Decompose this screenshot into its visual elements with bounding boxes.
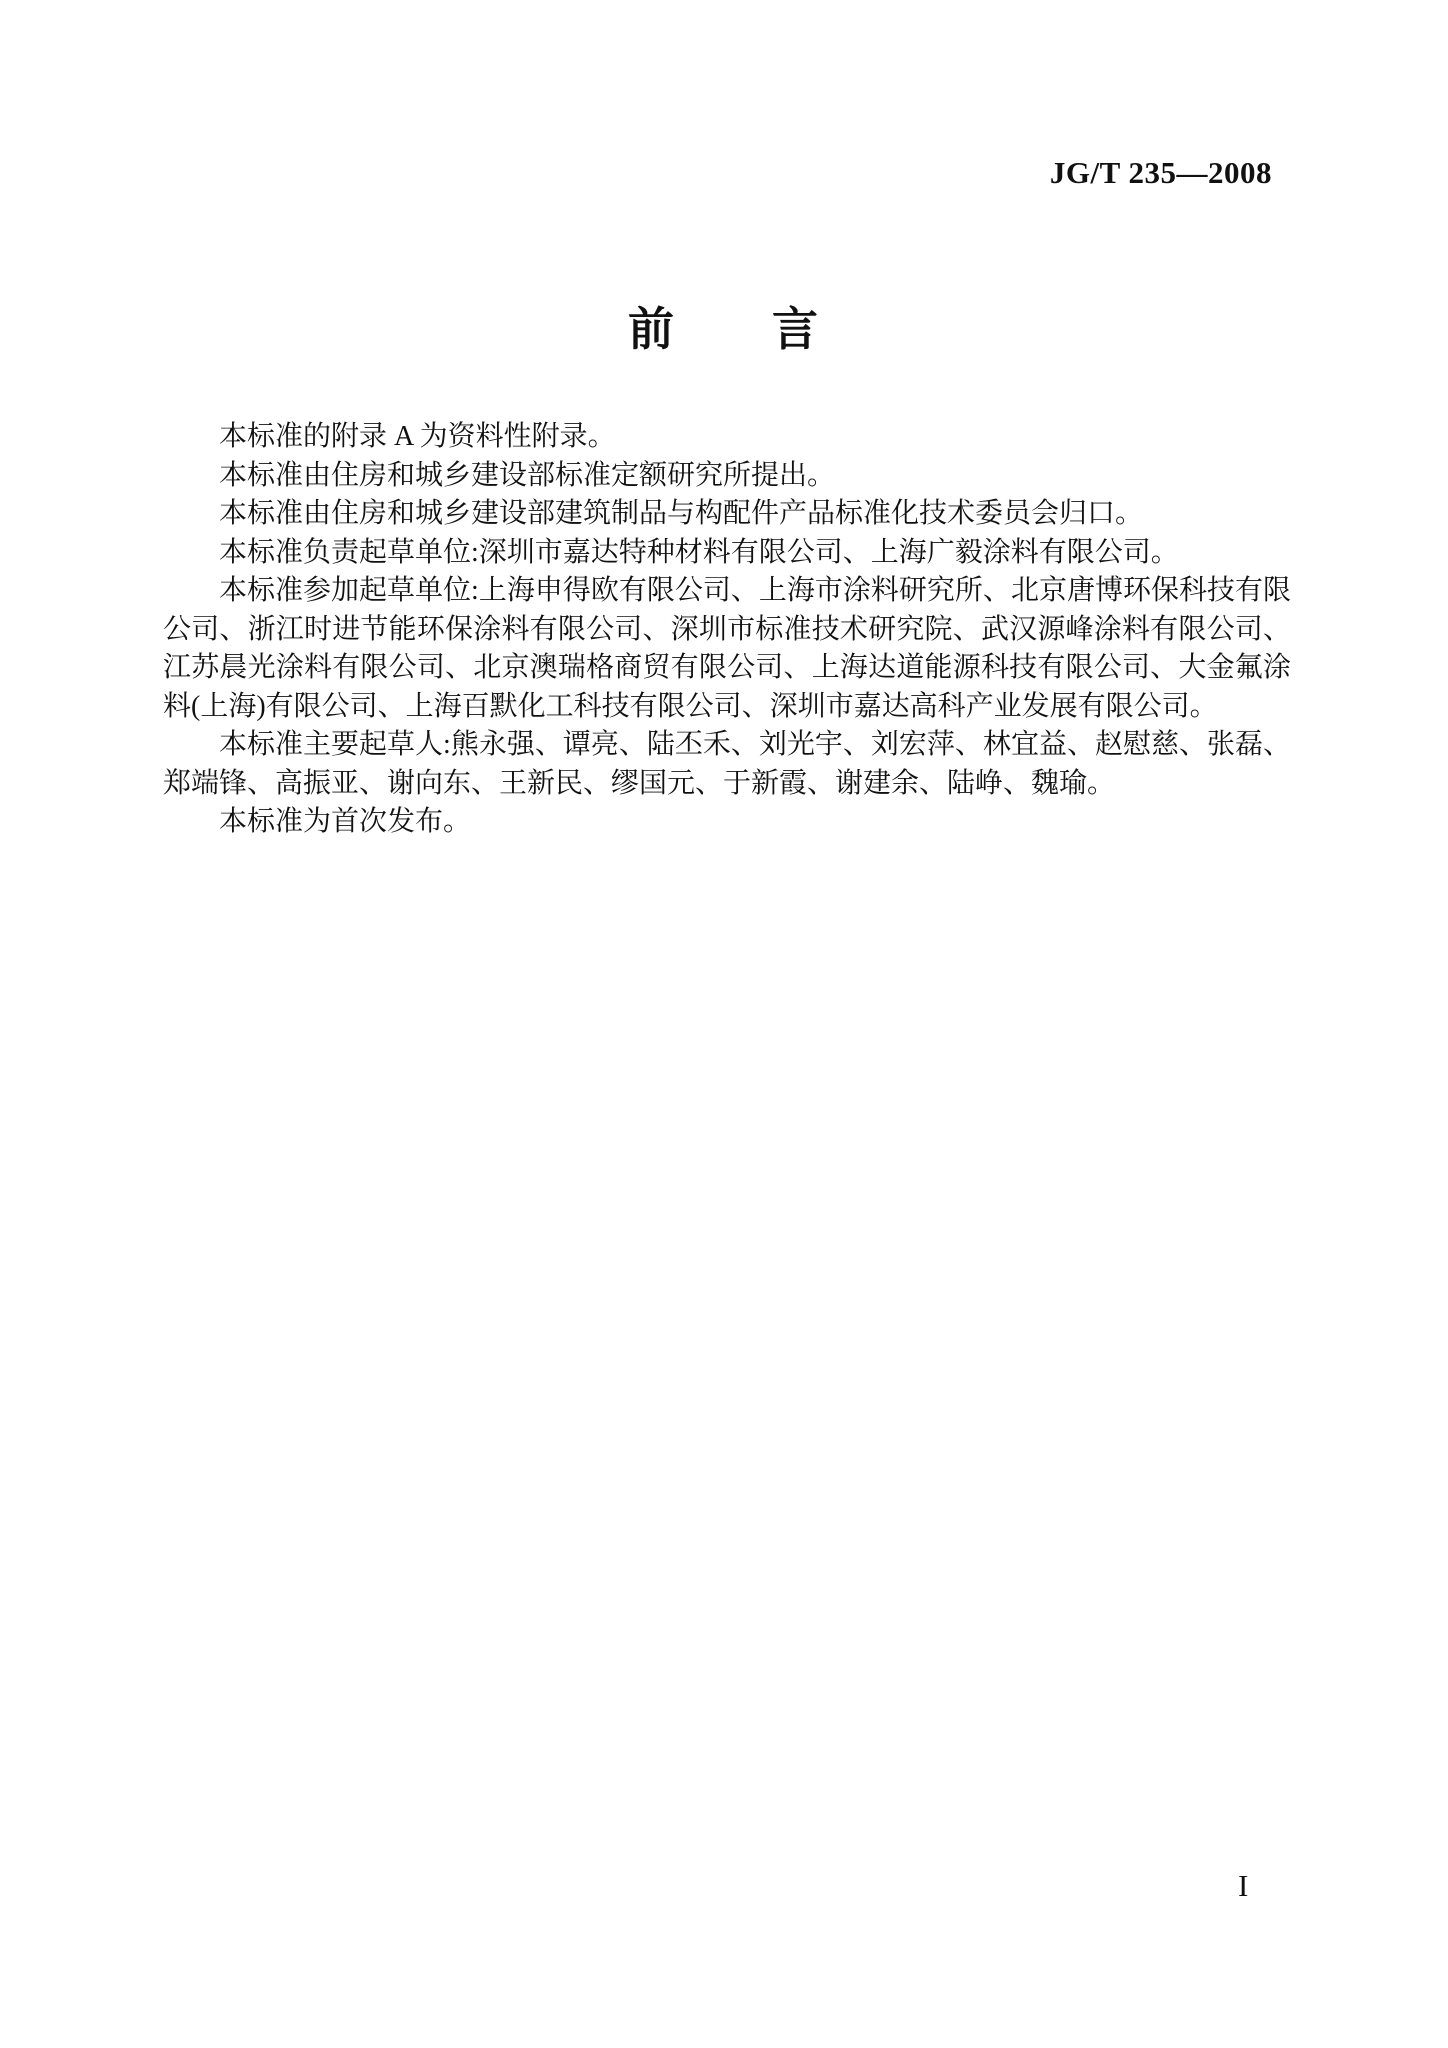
paragraph-centralized-by: 本标准由住房和城乡建设部建筑制品与构配件产品标准化技术委员会归口。 bbox=[163, 495, 1291, 534]
paragraph-appendix-note: 本标准的附录 A 为资料性附录。 bbox=[163, 418, 1291, 457]
document-page: JG/T 235—2008 前 言 本标准的附录 A 为资料性附录。 本标准由住… bbox=[0, 0, 1448, 2048]
paragraph-chief-drafting-organizations: 本标准负责起草单位:深圳市嘉达特种材料有限公司、上海广毅涂料有限公司。 bbox=[163, 534, 1291, 573]
paragraph-participating-drafting-organizations: 本标准参加起草单位:上海申得欧有限公司、上海市涂料研究所、北京唐博环保科技有限公… bbox=[163, 572, 1291, 726]
paragraph-first-issue-note: 本标准为首次发布。 bbox=[163, 803, 1291, 842]
foreword-body: 本标准的附录 A 为资料性附录。 本标准由住房和城乡建设部标准定额研究所提出。 … bbox=[163, 418, 1291, 842]
paragraph-proposed-by: 本标准由住房和城乡建设部标准定额研究所提出。 bbox=[163, 457, 1291, 496]
page-number: I bbox=[1238, 1868, 1249, 1904]
page-title: 前 言 bbox=[0, 293, 1448, 359]
paragraph-chief-drafters: 本标准主要起草人:熊永强、谭亮、陆丕禾、刘光宇、刘宏萍、林宜益、赵慰慈、张磊、郑… bbox=[163, 726, 1291, 803]
standard-code-header: JG/T 235—2008 bbox=[1050, 155, 1272, 191]
